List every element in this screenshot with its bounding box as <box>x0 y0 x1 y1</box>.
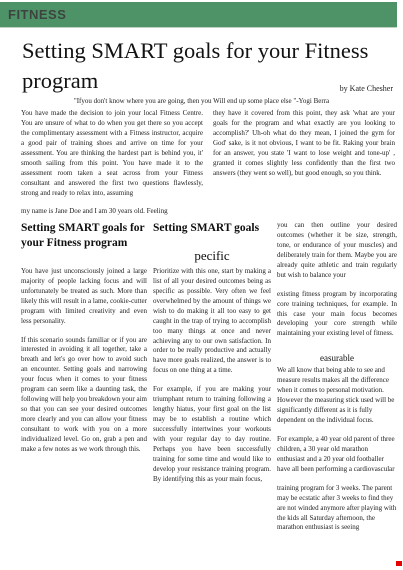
page-title: Setting SMART goals for your Fitness pro… <box>22 36 387 95</box>
column-2-heading: Setting SMART goals <box>153 221 271 236</box>
fitness-header-label: FITNESS <box>0 7 66 22</box>
lower-three-column-section: Setting SMART goals for your Fitness pro… <box>21 221 397 542</box>
red-corner-marker <box>396 561 402 566</box>
byline: by Kate Chesher <box>340 84 393 93</box>
column-3-paragraph-4: For example, a 40 year old parent of thr… <box>277 435 397 475</box>
column-1-heading: Setting SMART goals for your Fitness pro… <box>21 221 147 251</box>
column-3: you can then outline your desired outcom… <box>277 221 397 542</box>
column-1: Setting SMART goals for your Fitness pro… <box>21 221 147 542</box>
column-1-paragraph-2: If this scenario sounds familiar or if y… <box>21 336 147 455</box>
intro-footer-line: my name is Jane Doe and I am 30 years ol… <box>21 207 395 215</box>
intro-two-column-section: You have made the decision to join your … <box>21 109 395 207</box>
specific-subheading: pecific <box>153 248 271 264</box>
column-1-paragraph-1: You have just unconsciously joined a lar… <box>21 267 147 327</box>
intro-right-column: they have it covered from this point, th… <box>213 109 395 207</box>
fitness-header-bar: FITNESS <box>0 2 397 28</box>
intro-left-paragraph: You have made the decision to join your … <box>21 109 203 198</box>
column-2-paragraph-2: For example, if you are making your triu… <box>153 385 271 484</box>
column-2-paragraph-1: Prioritize with this one, start by makin… <box>153 267 271 376</box>
column-3-paragraph-3: We all know that being able to see and m… <box>277 366 397 426</box>
quote-line: "Ifyou don't know where you are going, t… <box>0 97 403 105</box>
measurable-subheading: easurable <box>277 353 397 363</box>
intro-left-column: You have made the decision to join your … <box>21 109 203 207</box>
column-3-paragraph-2: existing fitness program by incorporatin… <box>277 290 397 340</box>
intro-right-paragraph: they have it covered from this point, th… <box>213 109 395 179</box>
column-3-paragraph-5: training program for 3 weeks. The parent… <box>277 484 397 534</box>
column-2: Setting SMART goals pecific Prioritize w… <box>153 221 271 542</box>
column-3-paragraph-1: you can then outline your desired outcom… <box>277 221 397 281</box>
